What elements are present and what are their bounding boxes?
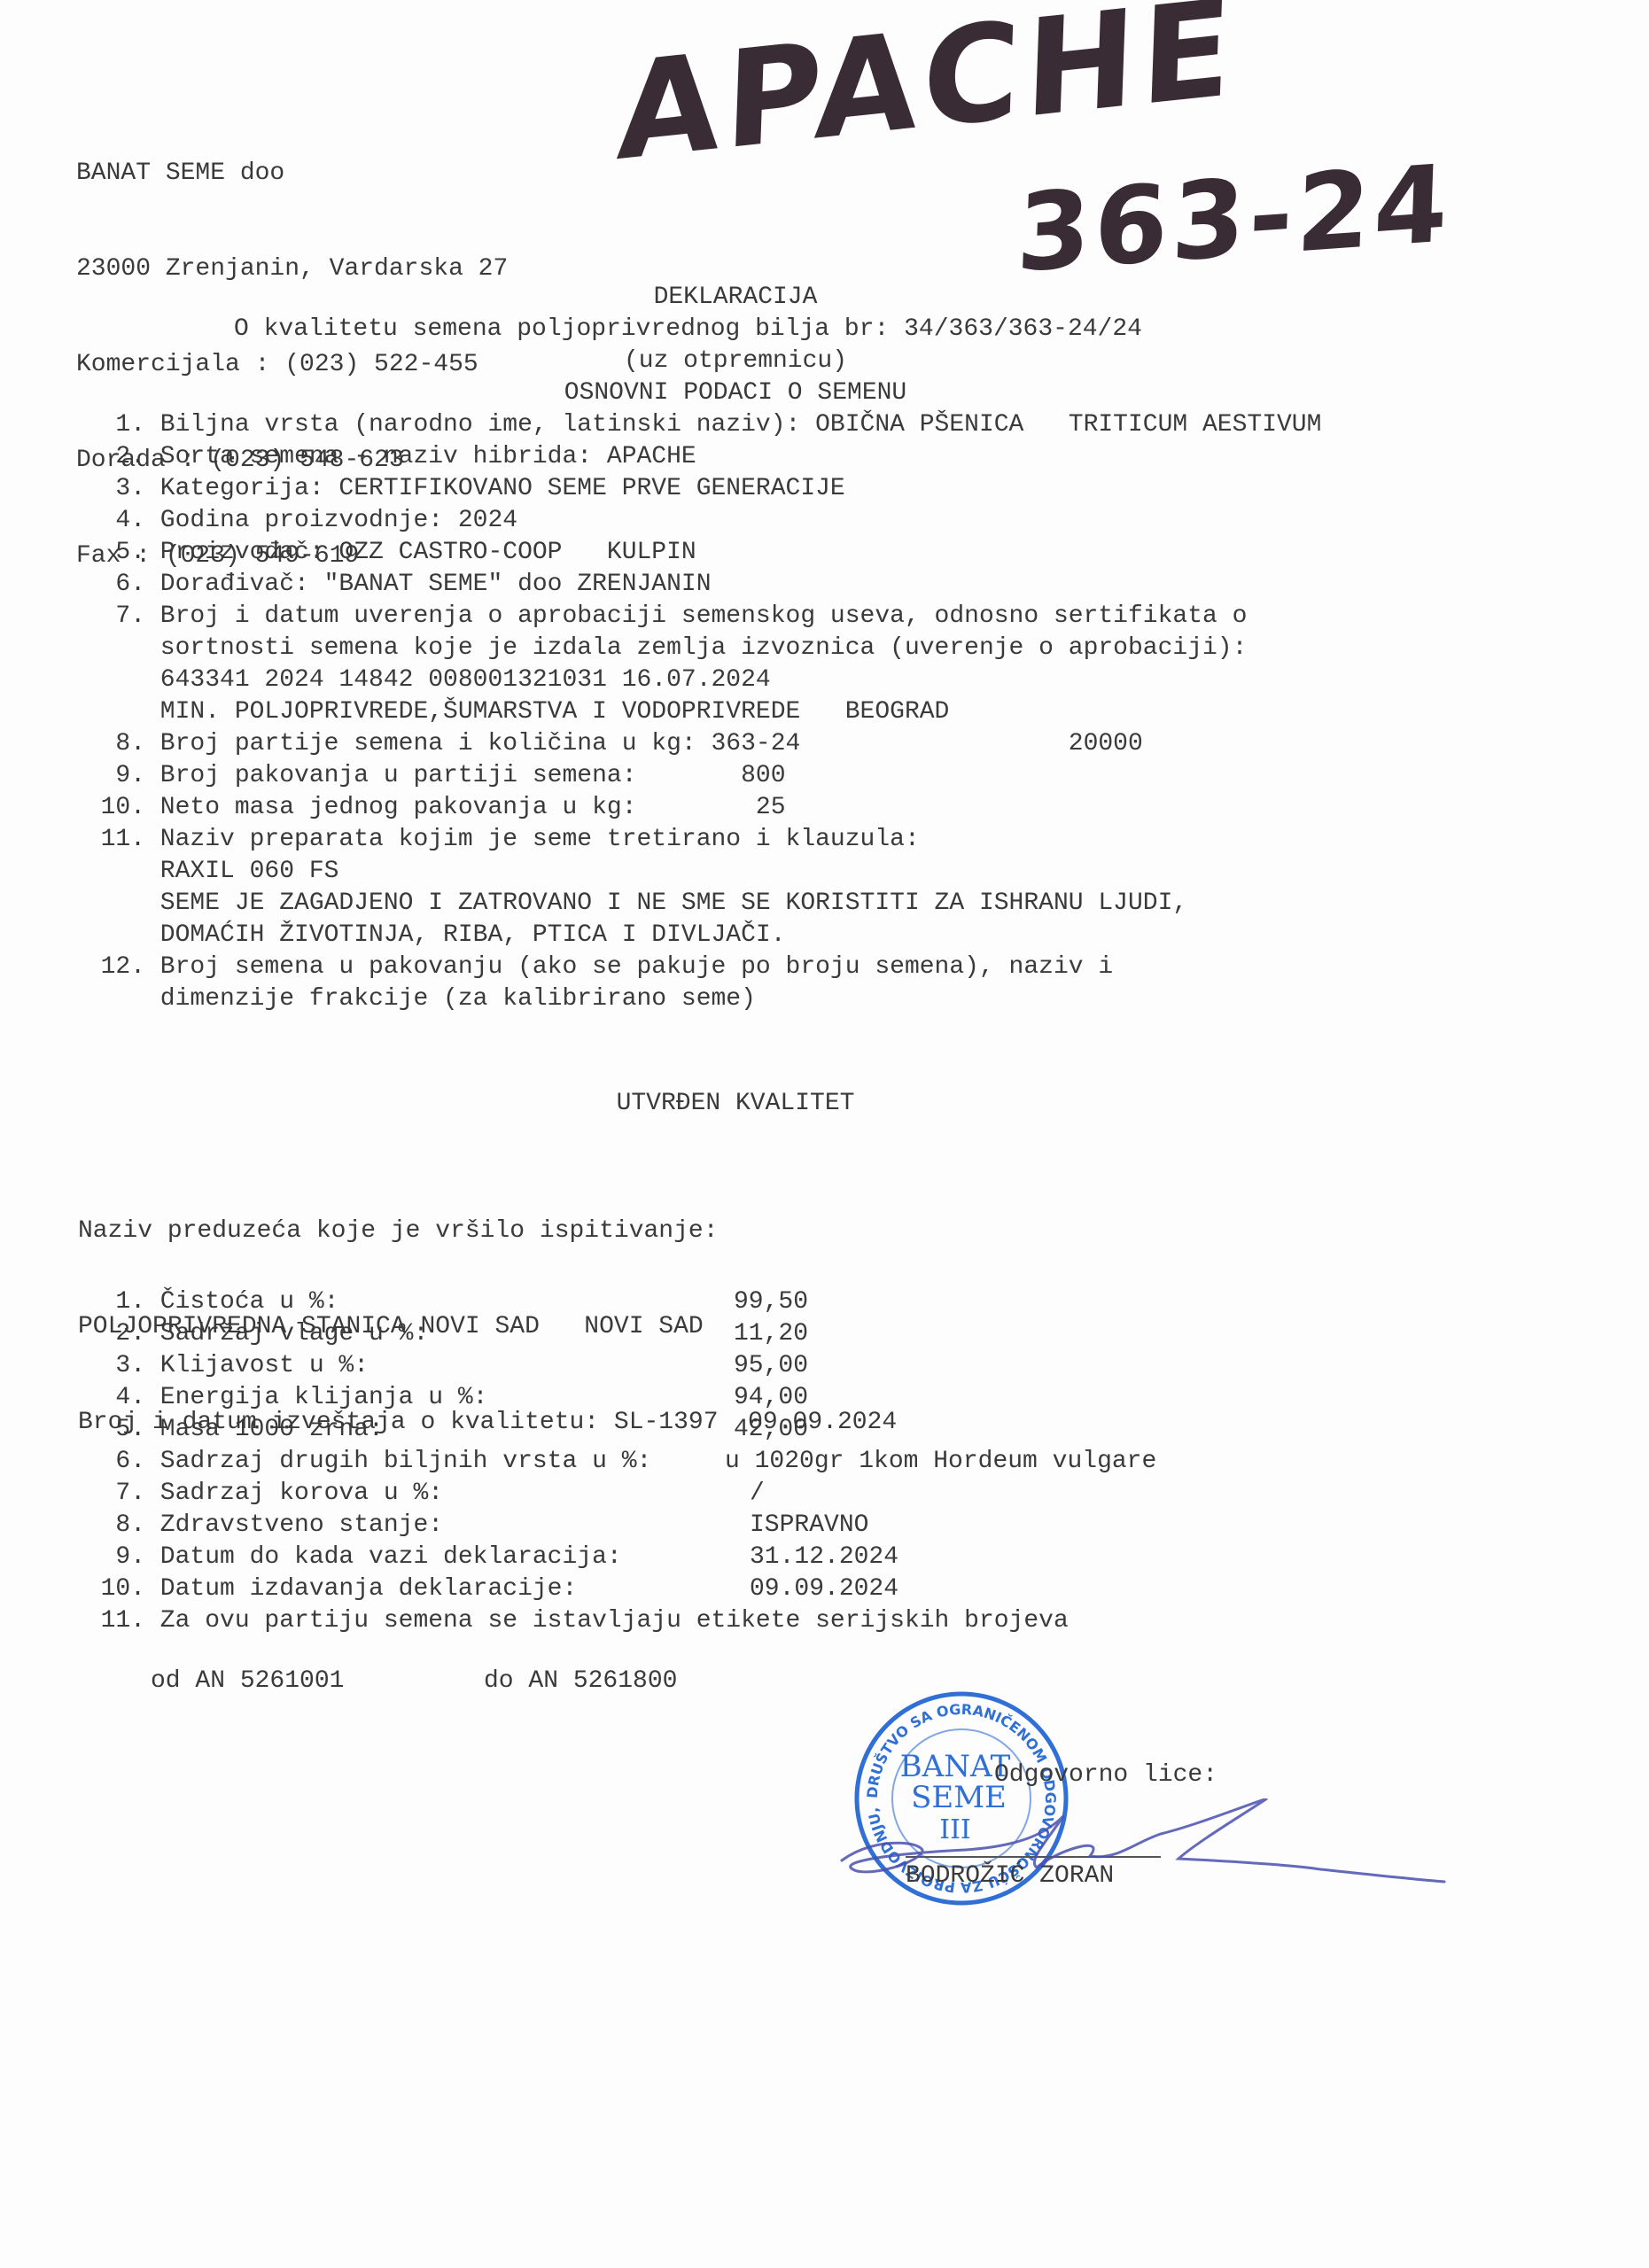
- company-name: BANAT SEME doo: [76, 158, 508, 190]
- item-text: Biljna vrsta (narodno ime, latinski nazi…: [145, 411, 1321, 439]
- item-text: Dorađivač: "BANAT SEME" doo ZRENJANIN: [145, 571, 712, 598]
- basic-data-item: 12. Broj semena u pakovanju (ako se paku…: [76, 951, 1321, 983]
- serial-from: od AN 5261001: [151, 1666, 344, 1697]
- quality-value: ISPRAVNO: [750, 1510, 868, 1542]
- basic-data-item: dimenzije frakcije (za kalibrirano seme): [76, 983, 1321, 1015]
- item-number: 5.: [76, 1414, 145, 1446]
- basic-data-item: 2. Sorta semena - naziv hibrida: APACHE: [76, 441, 1321, 473]
- lab-label: Naziv preduzeća koje je vršilo ispitivan…: [78, 1216, 897, 1247]
- item-text: RAXIL 060 FS: [145, 858, 338, 885]
- quality-label: Za ovu partiju semena se istavljaju etik…: [145, 1607, 1069, 1635]
- handwritten-lot-number: 363-24: [1015, 143, 1453, 297]
- quality-label: Sadrzaj drugih biljnih vrsta u %:: [145, 1448, 651, 1475]
- item-number: 9.: [76, 1542, 145, 1573]
- quality-item: 5. Masa 1000 zrna:42,00: [76, 1414, 1069, 1446]
- responsible-person-label: Odgovorno lice:: [994, 1759, 1217, 1791]
- quality-item: 6. Sadrzaj drugih biljnih vrsta u %:u 10…: [76, 1446, 1069, 1478]
- item-number: 10.: [76, 1573, 145, 1605]
- item-text: Broj partije semena i količina u kg: 363…: [145, 730, 1143, 757]
- item-text: Broj semena u pakovanju (ako se pakuje p…: [145, 953, 1113, 981]
- item-text: sortnosti semena koje je izdala zemlja i…: [145, 634, 1247, 662]
- item-number: 7.: [76, 1478, 145, 1510]
- quality-label: Energija klijanja u %:: [145, 1384, 487, 1411]
- item-text: Broj pakovanja u partiji semena: 800: [145, 762, 786, 789]
- quality-value: 95,00: [734, 1350, 808, 1382]
- item-number: 2.: [76, 441, 145, 473]
- item-text: SEME JE ZAGADJENO I ZATROVANO I NE SME S…: [145, 889, 1187, 917]
- basic-data-item: 10. Neto masa jednog pakovanja u kg: 25: [76, 792, 1321, 824]
- basic-data-item: DOMAĆIH ŽIVOTINJA, RIBA, PTICA I DIVLJAČ…: [76, 920, 1321, 951]
- item-number: 9.: [76, 760, 145, 792]
- section-basic-data-heading: OSNOVNI PODACI O SEMENU: [0, 377, 1471, 409]
- basic-data-item: 1. Biljna vrsta (narodno ime, latinski n…: [76, 409, 1321, 441]
- item-number: 11.: [76, 1605, 145, 1637]
- document-subtitle: O kvalitetu semena poljoprivrednog bilja…: [234, 314, 1142, 346]
- item-text: Kategorija: CERTIFIKOVANO SEME PRVE GENE…: [145, 475, 845, 502]
- item-number: 7.: [76, 601, 145, 633]
- quality-value: u 1020gr 1kom Hordeum vulgare: [725, 1446, 1156, 1478]
- handwritten-signature: [824, 1798, 1462, 1896]
- basic-data-item: 8. Broj partije semena i količina u kg: …: [76, 728, 1321, 760]
- basic-data-item: 7. Broj i datum uverenja o aprobaciji se…: [76, 601, 1321, 633]
- item-number: 11.: [76, 824, 145, 856]
- item-text: Broj i datum uverenja o aprobaciji semen…: [145, 602, 1247, 630]
- item-number: 12.: [76, 951, 145, 983]
- item-number: 3.: [76, 1350, 145, 1382]
- item-text: MIN. POLJOPRIVREDE,ŠUMARSTVA I VODOPRIVR…: [145, 698, 949, 726]
- document-note: (uz otpremnicu): [0, 346, 1471, 377]
- document-title: DEKLARACIJA: [0, 282, 1471, 314]
- quality-item: 9. Datum do kada vazi deklaracija:31.12.…: [76, 1542, 1069, 1573]
- item-text: 643341 2024 14842 008001321031 16.07.202…: [145, 666, 771, 694]
- quality-value: 94,00: [734, 1382, 808, 1414]
- quality-value: 42,00: [734, 1414, 808, 1446]
- item-number: 8.: [76, 1510, 145, 1542]
- quality-value: 31.12.2024: [750, 1542, 898, 1573]
- basic-data-item: 9. Broj pakovanja u partiji semena: 800: [76, 760, 1321, 792]
- quality-item: 1. Čistoća u %:99,50: [76, 1286, 1069, 1318]
- item-number: 1.: [76, 1286, 145, 1318]
- item-number: 4.: [76, 505, 145, 537]
- item-text: Sorta semena - naziv hibrida: APACHE: [145, 443, 696, 470]
- quality-label: Zdravstveno stanje:: [145, 1511, 443, 1539]
- declaration-page: BANAT SEME doo 23000 Zrenjanin, Vardarsk…: [0, 0, 1649, 2268]
- quality-item: 3. Klijavost u %:95,00: [76, 1350, 1069, 1382]
- serial-to: do AN 5261800: [484, 1666, 677, 1697]
- section-quality-heading: UTVRĐEN KVALITET: [0, 1088, 1471, 1120]
- basic-data-item: 4. Godina proizvodnje: 2024: [76, 505, 1321, 537]
- basic-data-item: RAXIL 060 FS: [76, 856, 1321, 888]
- quality-results-list: 1. Čistoća u %:99,502. Sadržaj vlage u %…: [76, 1286, 1069, 1637]
- basic-data-list: 1. Biljna vrsta (narodno ime, latinski n…: [76, 409, 1321, 1015]
- item-number: 6.: [76, 569, 145, 601]
- quality-label: Datum izdavanja deklaracije:: [145, 1575, 577, 1603]
- quality-label: Sadrzaj korova u %:: [145, 1480, 443, 1507]
- item-number: 8.: [76, 728, 145, 760]
- quality-label: Čistoća u %:: [145, 1288, 338, 1316]
- quality-item: 4. Energija klijanja u %:94,00: [76, 1382, 1069, 1414]
- quality-value: 11,20: [734, 1318, 808, 1350]
- quality-label: Masa 1000 zrna:: [145, 1416, 384, 1443]
- item-text: dimenzije frakcije (za kalibrirano seme): [145, 985, 756, 1013]
- item-text: Proizvođač: OZZ CASTRO-COOP KULPIN: [145, 539, 696, 566]
- item-text: Naziv preparata kojim je seme tretirano …: [145, 826, 920, 853]
- basic-data-item: 643341 2024 14842 008001321031 16.07.202…: [76, 664, 1321, 696]
- item-number: 10.: [76, 792, 145, 824]
- item-text: DOMAĆIH ŽIVOTINJA, RIBA, PTICA I DIVLJAČ…: [145, 921, 786, 949]
- basic-data-item: MIN. POLJOPRIVREDE,ŠUMARSTVA I VODOPRIVR…: [76, 696, 1321, 728]
- quality-item: 10. Datum izdavanja deklaracije:09.09.20…: [76, 1573, 1069, 1605]
- quality-label: Datum do kada vazi deklaracija:: [145, 1543, 622, 1571]
- basic-data-item: 6. Dorađivač: "BANAT SEME" doo ZRENJANIN: [76, 569, 1321, 601]
- quality-label: Klijavost u %:: [145, 1352, 369, 1379]
- item-number: 1.: [76, 409, 145, 441]
- quality-item: 7. Sadrzaj korova u %:/: [76, 1478, 1069, 1510]
- basic-data-item: sortnosti semena koje je izdala zemlja i…: [76, 633, 1321, 664]
- quality-value: 09.09.2024: [750, 1573, 898, 1605]
- basic-data-item: 11. Naziv preparata kojim je seme tretir…: [76, 824, 1321, 856]
- item-number: 5.: [76, 537, 145, 569]
- item-text: Godina proizvodnje: 2024: [145, 507, 517, 534]
- basic-data-item: 3. Kategorija: CERTIFIKOVANO SEME PRVE G…: [76, 473, 1321, 505]
- item-text: Neto masa jednog pakovanja u kg: 25: [145, 794, 786, 821]
- quality-label: Sadržaj vlage u %:: [145, 1320, 428, 1348]
- basic-data-item: SEME JE ZAGADJENO I ZATROVANO I NE SME S…: [76, 888, 1321, 920]
- item-number: 6.: [76, 1446, 145, 1478]
- quality-item: 8. Zdravstveno stanje:ISPRAVNO: [76, 1510, 1069, 1542]
- item-number: 4.: [76, 1382, 145, 1414]
- handwritten-variety: APACHE: [615, 0, 1240, 191]
- basic-data-item: 5. Proizvođač: OZZ CASTRO-COOP KULPIN: [76, 537, 1321, 569]
- quality-item: 11. Za ovu partiju semena se istavljaju …: [76, 1605, 1069, 1637]
- quality-value: 99,50: [734, 1286, 808, 1318]
- item-number: 2.: [76, 1318, 145, 1350]
- quality-item: 2. Sadržaj vlage u %:11,20: [76, 1318, 1069, 1350]
- company-address: 23000 Zrenjanin, Vardarska 27: [76, 253, 508, 285]
- item-number: 3.: [76, 473, 145, 505]
- quality-value: /: [750, 1478, 765, 1510]
